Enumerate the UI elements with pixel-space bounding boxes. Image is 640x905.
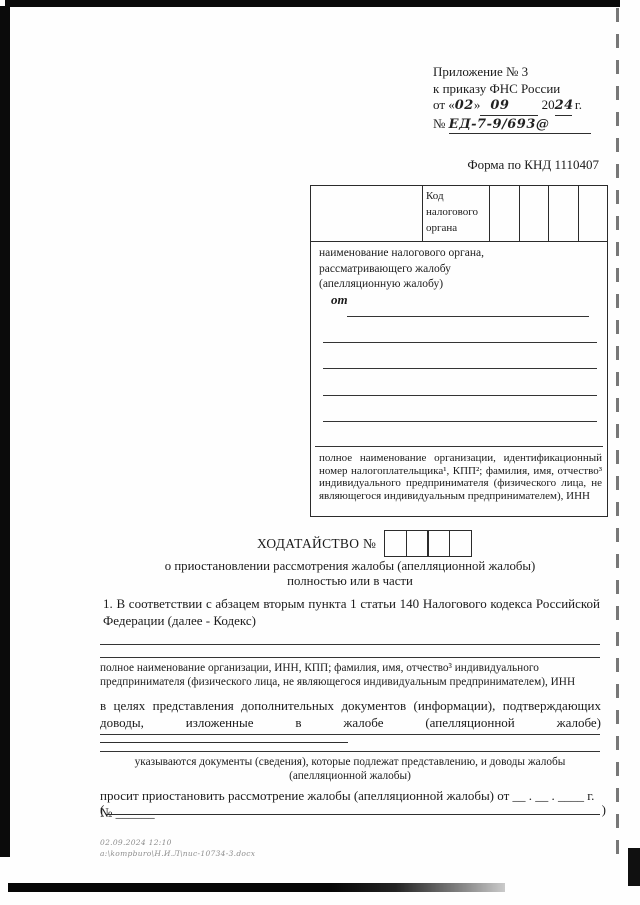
date-century: 20: [542, 97, 555, 112]
scan-edge-top: [5, 0, 620, 7]
tax-authority-box: Код налогового органа наименование налог…: [310, 185, 608, 517]
tax-authority-code-cells: [490, 186, 607, 241]
order-date-line: от «02»09 2024 г.: [433, 97, 618, 116]
docs-caption-2: (апелляционной жалобы): [90, 769, 610, 783]
order-line: к приказу ФНС России: [433, 81, 618, 98]
applicant-blank-line-1: [323, 342, 597, 343]
code-row-spacer: [311, 186, 422, 241]
tax-code-row: Код налогового органа: [311, 186, 607, 242]
appendix-line: Приложение № 3: [433, 64, 618, 81]
footer-timestamp: 02.09.2024 12:10: [100, 838, 400, 849]
clause-2-text: в целях представления дополнительных док…: [100, 698, 601, 730]
date-month-handwritten: 09: [480, 98, 538, 116]
docs-write-line-2: [100, 751, 600, 752]
petition-number-cell-3: [427, 530, 450, 557]
petition-number-cells: [384, 530, 472, 557]
applicant-blank-line-4: [323, 421, 597, 422]
applicant-write-line-2: [100, 657, 600, 658]
code-cell-3: [548, 186, 578, 241]
order-number-handwritten: ЕД-7-9/693@: [449, 117, 591, 135]
scanned-document-page: Приложение № 3 к приказу ФНС России от «…: [0, 0, 640, 905]
petition-subtitle-1: о приостановлении рассмотрения жалобы (а…: [90, 559, 610, 574]
petition-number-cell-1: [384, 530, 407, 557]
petition-number-cell-2: [406, 530, 429, 557]
docs-caption-1: указываются документы (сведения), которы…: [90, 755, 610, 769]
paren-close: ): [602, 802, 606, 818]
form-knd-code: Форма по КНД 1110407: [418, 157, 599, 173]
petition-number-cell-4: [449, 530, 472, 557]
scan-corner-block: [628, 848, 640, 886]
paren-blank-line: ( ): [100, 802, 606, 818]
paren-fill-line: [106, 814, 599, 815]
code-cell-4: [578, 186, 608, 241]
petition-heading: ХОДАТАЙСТВО №: [257, 536, 376, 552]
date-g: г.: [572, 97, 582, 112]
scan-edge-bottom: [8, 883, 505, 892]
docs-write-line-1: [100, 734, 600, 735]
date-day-handwritten: 02: [455, 98, 474, 113]
code-cell-2: [519, 186, 549, 241]
applicant-write-line-1: [100, 644, 600, 645]
from-blank-line: [347, 316, 589, 317]
applicant-blank-line-2: [323, 368, 597, 369]
date-prefix: от «: [433, 97, 455, 112]
from-label: от: [331, 292, 348, 308]
petition-heading-row: ХОДАТАЙСТВО №: [257, 530, 472, 557]
applicant-blank-line-3: [323, 395, 597, 396]
code-cell-1: [490, 186, 519, 241]
paren-open: (: [100, 802, 104, 818]
clause-2: в целях представления дополнительных док…: [100, 698, 601, 748]
applicant-body-caption: полное наименование организации, ИНН, КП…: [100, 661, 603, 689]
petition-subtitle-2: полностью или в части: [90, 574, 610, 589]
appendix-header: Приложение № 3 к приказу ФНС России от «…: [433, 64, 618, 134]
applicant-blank-line-5: [315, 446, 603, 447]
scan-edge-left: [0, 6, 10, 857]
number-sign: №: [433, 116, 449, 131]
order-number-line: № ЕД-7-9/693@: [433, 116, 618, 135]
tax-authority-code-label: Код налогового органа: [422, 186, 490, 241]
footer-filepath: a:\kompburo\Н.И.Л\пис-10734-3.docx: [100, 849, 400, 860]
tax-authority-caption: наименование налогового органа, рассматр…: [319, 246, 497, 293]
document-footer: 02.09.2024 12:10 a:\kompburo\Н.И.Л\пис-1…: [100, 838, 400, 859]
clause-1: 1. В соответствии с абзацем вторым пункт…: [103, 596, 600, 629]
date-year-handwritten: 24: [555, 98, 572, 116]
scan-edge-right: [616, 8, 619, 860]
clause-2-blank: [100, 742, 348, 743]
applicant-caption: полное наименование организации, идентиф…: [319, 452, 602, 502]
